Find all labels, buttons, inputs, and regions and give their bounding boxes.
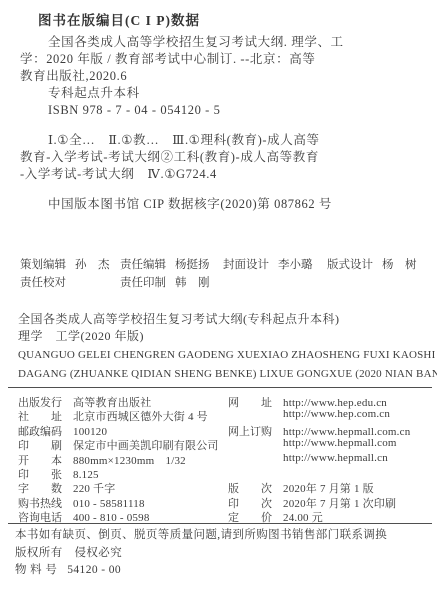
credit-name: 李小璐: [278, 259, 313, 271]
classification-line: 教育-入学考试-考试大纲②工科(教育)-成人高等教育: [20, 149, 420, 166]
classification-line: -入学考试-考试大纲 Ⅳ.①G724.4: [20, 166, 420, 183]
pub-row-inquiry-phone: 咨询电话400 - 810 - 0598: [18, 509, 228, 523]
credit-cover-designer: 封面设计李小璐: [223, 256, 327, 274]
credit-label: 责任编辑: [120, 259, 166, 271]
cip-line: 全国各类成人高等学校招生复习考试大纲. 理学、工: [20, 34, 420, 51]
pub-row-address: 社 址北京市西城区德外大街 4 号: [18, 408, 228, 422]
credit-print-supervisor: 责任印制韩 刚: [120, 274, 210, 292]
material-number-row: 物 料 号54120 - 00: [15, 562, 425, 580]
pub-row-printer: 印 刷保定市中画美凯印刷有限公司: [18, 437, 228, 451]
pub-row-postcode: 邮政编码100120: [18, 423, 228, 437]
publishing-info-left: 出版发行高等教育出版社 社 址北京市西城区德外大街 4 号 邮政编码100120…: [18, 394, 228, 524]
cip-line: 学：2020 年版 / 教育部考试中心制订. --北京：高等: [20, 51, 420, 68]
pinyin-title-line: QUANGUO GELEI CHENGREN GAODENG XUEXIAO Z…: [18, 346, 426, 364]
pub-value: 北京市西城区德外大街 4 号: [73, 411, 208, 423]
book-title-cn: 全国各类成人高等学校招生复习考试大纲(专科起点升本科): [18, 311, 426, 328]
credit-label: 策划编辑: [20, 259, 66, 271]
pub-url: http://www.hepmall.com: [283, 437, 397, 449]
cip-description: 全国各类成人高等学校招生复习考试大纲. 理学、工 学：2020 年版 / 教育部…: [20, 34, 420, 119]
pub-url: http://www.hepmall.com.cn: [283, 426, 410, 438]
credit-name: 孙 杰: [75, 259, 110, 271]
pub-url: http://www.hep.com.cn: [283, 408, 390, 420]
pub-row-printing: 印 次2020年 7 月第 1 次印刷: [228, 495, 434, 509]
divider: [8, 523, 432, 524]
book-subtitle-cn: 理学 工学(2020 年版): [18, 328, 426, 345]
pub-row-sheets: 印 张8.125: [18, 466, 228, 480]
pub-row-online-order: 网上订购http://www.hepmall.com.cn: [228, 423, 434, 437]
credit-responsible-editor: 责任编辑杨挺扬: [120, 256, 223, 274]
pub-value: 880mm×1230mm 1/32: [73, 455, 186, 467]
credit-label: 封面设计: [223, 259, 269, 271]
credit-proofreader: 责任校对: [20, 274, 120, 292]
classification-line: Ⅰ.①全… Ⅱ.①教… Ⅲ.①理科(教育)-成人高等: [20, 132, 420, 149]
pub-row-website: http://www.hep.com.cn: [228, 408, 434, 422]
pub-row-edition: 版 次2020年 7 月第 1 版: [228, 480, 434, 494]
credit-label: 版式设计: [327, 259, 373, 271]
footer-block: 本书如有缺页、倒页、脱页等质量问题,请到所购图书销售部门联系调换 版权所有 侵权…: [15, 527, 425, 580]
credit-planning-editor: 策划编辑孙 杰: [20, 256, 120, 274]
credit-label: 责任校对: [20, 277, 66, 289]
cip-classification: Ⅰ.①全… Ⅱ.①教… Ⅲ.①理科(教育)-成人高等 教育-入学考试-考试大纲②…: [20, 132, 420, 183]
quality-notice: 本书如有缺页、倒页、脱页等质量问题,请到所购图书销售部门联系调换: [15, 527, 425, 545]
pub-value: 010 - 58581118: [73, 498, 145, 510]
credit-name: 杨挺扬: [175, 259, 210, 271]
book-title-block: 全国各类成人高等学校招生复习考试大纲(专科起点升本科) 理学 工学(2020 年…: [18, 311, 426, 383]
pub-row-format: 开 本880mm×1230mm 1/32: [18, 452, 228, 466]
credit-name: 韩 刚: [175, 277, 210, 289]
copyright-page: 图书在版编目(C I P)数据 全国各类成人高等学校招生复习考试大纲. 理学、工…: [0, 0, 437, 600]
pub-row-online-order: http://www.hepmall.com: [228, 437, 434, 451]
publishing-info-right: 网 址http://www.hep.edu.cn http://www.hep.…: [228, 394, 434, 524]
pub-row-online-order: http://www.hepmall.cn: [228, 452, 434, 466]
pub-url: http://www.hepmall.cn: [283, 452, 388, 464]
divider: [8, 387, 432, 388]
pub-value: 2020年 7 月第 1 次印刷: [283, 498, 396, 510]
pub-value: 100120: [73, 426, 107, 438]
cip-line: 教育出版社,2020.6: [20, 68, 420, 85]
pinyin-title-line: DAGANG (ZHUANKE QIDIAN SHENG BENKE) LIXU…: [18, 365, 426, 383]
pub-value: 220 千字: [73, 483, 115, 495]
isbn-line: ISBN 978 - 7 - 04 - 054120 - 5: [20, 102, 420, 119]
credit-name: 杨 树: [382, 259, 417, 271]
pub-row-price: 定 价24.00 元: [228, 509, 434, 523]
cip-record-number: 中国版本图书馆 CIP 数据核字(2020)第 087862 号: [48, 194, 332, 212]
credits-row: 责任校对 责任印制韩 刚: [20, 274, 420, 292]
material-number-label: 物 料 号: [15, 564, 57, 576]
pub-value: 高等教育出版社: [73, 397, 151, 409]
pub-row-website: 网 址http://www.hep.edu.cn: [228, 394, 434, 408]
pub-url: http://www.hep.edu.cn: [283, 397, 387, 409]
material-number-value: 54120 - 00: [67, 564, 121, 576]
pub-value: 8.125: [73, 469, 99, 481]
cip-line: 专科起点升本科: [20, 85, 420, 102]
cip-header: 图书在版编目(C I P)数据: [38, 9, 200, 29]
pub-row-publisher: 出版发行高等教育出版社: [18, 394, 228, 408]
credit-label: 责任印制: [120, 277, 166, 289]
pub-row-spacer: [228, 466, 434, 480]
credit-layout-designer: 版式设计杨 树: [327, 256, 417, 274]
staff-credits: 策划编辑孙 杰 责任编辑杨挺扬 封面设计李小璐 版式设计杨 树 责任校对 责任印…: [20, 256, 420, 292]
credits-row: 策划编辑孙 杰 责任编辑杨挺扬 封面设计李小璐 版式设计杨 树: [20, 256, 420, 274]
pub-value: 保定市中画美凯印刷有限公司: [73, 440, 219, 452]
pub-row-wordcount: 字 数220 千字: [18, 480, 228, 494]
pub-value: 2020年 7 月第 1 版: [283, 483, 374, 495]
pub-row-order-hotline: 购书热线010 - 58581118: [18, 495, 228, 509]
copyright-notice: 版权所有 侵权必究: [15, 545, 425, 563]
